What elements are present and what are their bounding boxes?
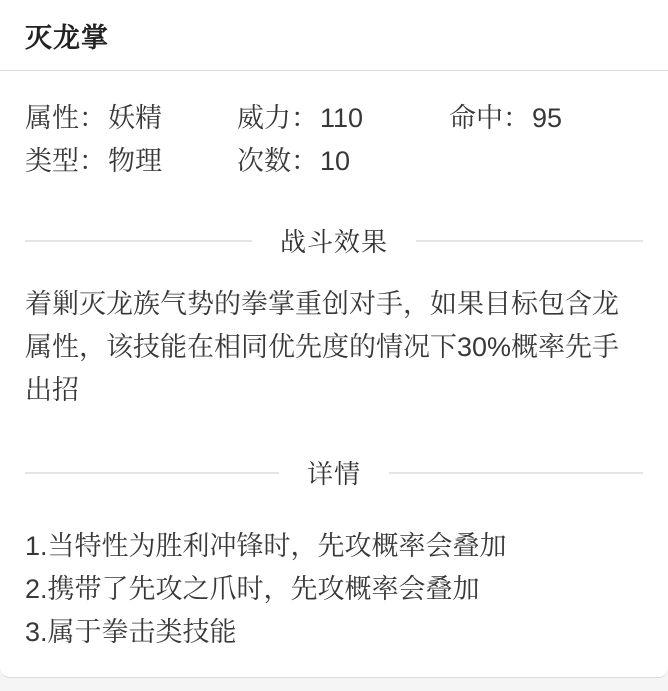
battle-effect-text: 着剿灭龙族气势的拳掌重创对手，如果目标包含龙 属性，该技能在相同优先度的情况下3…	[25, 283, 643, 412]
stat-label: 属性	[25, 103, 79, 133]
detail-item: 1.当特性为胜利冲锋时，先攻概率会叠加	[25, 525, 643, 568]
stat-type: 类型：物理	[25, 140, 237, 183]
details-header: 详情	[25, 451, 643, 494]
stat-attribute: 属性：妖精	[25, 97, 237, 140]
battle-effect-line: 属性，该技能在相同优先度的情况下30%概率先手	[25, 326, 643, 369]
stat-value: 10	[320, 146, 350, 176]
stat-value: 110	[320, 103, 363, 133]
stat-label: 威力	[237, 103, 291, 133]
details-list: 1.当特性为胜利冲锋时，先攻概率会叠加 2.携带了先攻之爪时，先攻概率会叠加 3…	[25, 525, 643, 654]
skill-title: 灭龙掌	[25, 16, 109, 55]
stat-colon: ：	[503, 103, 530, 133]
stat-label: 类型	[25, 146, 79, 176]
skill-detail-card: 灭龙掌 属性：妖精 威力：110 命中：95 类型：物理 次数：10 战斗效果 …	[0, 0, 668, 678]
details-heading: 详情	[307, 454, 361, 491]
header-line-left	[25, 472, 279, 474]
stat-value: 物理	[108, 146, 162, 176]
stat-times: 次数：10	[237, 140, 449, 183]
detail-item: 3.属于拳击类技能	[25, 611, 643, 654]
title-bar: 灭龙掌	[0, 0, 668, 71]
stat-power: 威力：110	[237, 97, 449, 140]
battle-effect-header: 战斗效果	[25, 219, 643, 262]
battle-effect-line: 出招	[25, 369, 643, 412]
stat-accuracy: 命中：95	[449, 97, 643, 140]
stat-colon: ：	[79, 146, 106, 176]
stat-value: 95	[532, 103, 562, 133]
header-line-right	[389, 472, 643, 474]
header-line-right	[416, 240, 643, 242]
stat-colon: ：	[291, 146, 318, 176]
detail-item: 2.携带了先攻之爪时，先攻概率会叠加	[25, 568, 643, 611]
stat-label: 命中	[449, 103, 503, 133]
skill-detail-content: 属性：妖精 威力：110 命中：95 类型：物理 次数：10 战斗效果 着剿灭龙…	[0, 97, 668, 654]
stat-colon: ：	[79, 103, 106, 133]
stat-label: 次数	[237, 146, 291, 176]
header-line-left	[25, 240, 252, 242]
stat-colon: ：	[291, 103, 318, 133]
battle-effect-heading: 战斗效果	[280, 222, 388, 259]
battle-effect-line: 着剿灭龙族气势的拳掌重创对手，如果目标包含龙	[25, 283, 643, 326]
stats-grid: 属性：妖精 威力：110 命中：95 类型：物理 次数：10	[25, 97, 643, 183]
stat-value: 妖精	[108, 103, 162, 133]
